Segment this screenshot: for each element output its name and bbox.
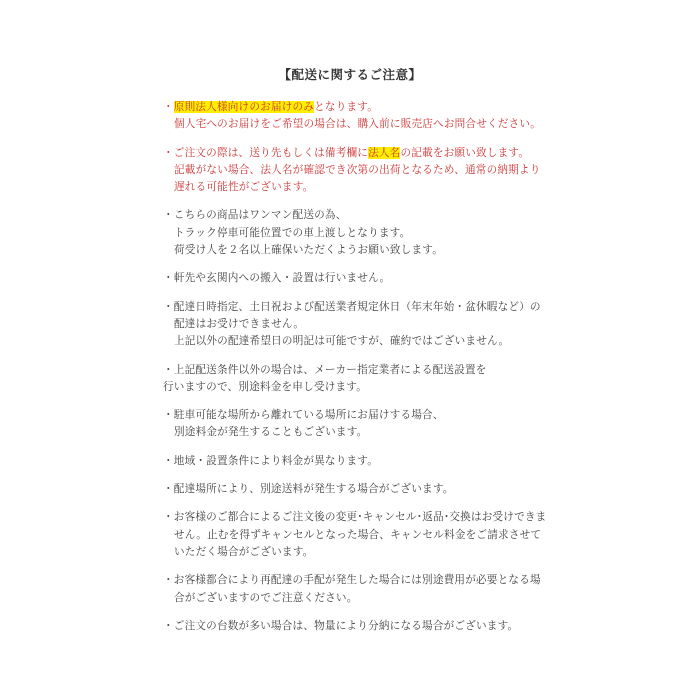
notice-text: ・お客様都合により再配達の手配が発生した場合には別途費用が必要となる場: [163, 574, 541, 586]
notice-item: ・配達日時指定、土日祝および配送業者規定休日（年末年始・盆休暇など）の配達はお受…: [163, 299, 560, 351]
notice-text: 遅れる可能性がございます。: [174, 181, 313, 193]
notice-text: ・配達場所により、別途送料が発生する場合がございます。: [163, 483, 454, 495]
notice-text: いただく場合がございます。: [174, 546, 313, 558]
notice-text: 個人宅へのお届けをご希望の場合は、購入前に販売店へお問合せください。: [174, 118, 541, 130]
notice-text: の記載をお願い致します。: [400, 147, 529, 159]
notice-text: ・ご注文の際は、送り先もしくは備考欄に: [163, 147, 368, 159]
notice-text: ・こちらの商品はワンマン配送の為、: [163, 209, 347, 221]
notice-item: ・ご注文の際は、送り先もしくは備考欄に法人名の記載をお願い致します。記載がない場…: [163, 145, 560, 197]
highlighted-text: 原則法人様向けのお届けのみ: [174, 101, 314, 113]
notice-text: ・駐車可能な場所から離れている場所にお届けする場合、: [163, 409, 444, 421]
notice-text: 別途料金が発生することもございます。: [174, 426, 367, 438]
notice-item: ・駐車可能な場所から離れている場所にお届けする場合、別途料金が発生することもござ…: [163, 407, 560, 442]
notice-text: ・軒先や玄関内への搬入・設置は行いません。: [163, 272, 390, 284]
notice-item: ・こちらの商品はワンマン配送の為、トラック停車可能位置での車上渡しとなります。荷…: [163, 207, 560, 259]
notice-text: ・ご注文の台数が多い場合は、物量により分納になる場合がございます。: [163, 620, 518, 632]
notice-item: ・上記配送条件以外の場合は、メーカー指定業者による配送設置を行いますので、別途料…: [163, 362, 560, 397]
notice-text: ・: [163, 101, 174, 113]
notice-text: となります。: [314, 101, 378, 113]
notice-text: せん。止むを得ずキャンセルとなった場合、キャンセル料金をご請求させて: [174, 529, 541, 541]
notice-text: ・上記配送条件以外の場合は、メーカー指定業者による配送設置を: [163, 364, 487, 376]
notice-text: ・お客様のご都合によるご注文後の変更･キャンセル･返品･交換はお受けできま: [163, 511, 546, 523]
notice-text: ・地域・設置条件により料金が異なります。: [163, 455, 378, 467]
notice-item: ・ご注文の台数が多い場合は、物量により分納になる場合がございます。: [163, 618, 560, 635]
notice-item: ・地域・設置条件により料金が異なります。: [163, 453, 560, 470]
notice-text: トラック停車可能位置での車上渡しとなります。: [174, 227, 410, 239]
shipping-notice-page: 【配送に関するご注意】 ・原則法人様向けのお届けのみとなります。個人宅へのお届け…: [0, 0, 700, 700]
notice-list: ・原則法人様向けのお届けのみとなります。個人宅へのお届けをご希望の場合は、購入前…: [163, 99, 560, 635]
notice-item: ・原則法人様向けのお届けのみとなります。個人宅へのお届けをご希望の場合は、購入前…: [163, 99, 560, 134]
notice-item: ・配達場所により、別途送料が発生する場合がございます。: [163, 481, 560, 498]
notice-item: ・お客様のご都合によるご注文後の変更･キャンセル･返品･交換はお受けできません。…: [163, 509, 560, 561]
notice-text: 記載がない場合、法人名が確認でき次第の出荷となるため、通常の納期より: [174, 164, 541, 176]
highlighted-text: 法人名: [368, 147, 400, 159]
notice-text: 合がございますのでご注意ください。: [174, 592, 358, 604]
notice-item: ・お客様都合により再配達の手配が発生した場合には別途費用が必要となる場合がござい…: [163, 572, 560, 607]
page-title: 【配送に関するご注意】: [0, 0, 700, 99]
notice-item: ・軒先や玄関内への搬入・設置は行いません。: [163, 270, 560, 287]
notice-text: 荷受け人を２名以上確保いただくようお願い致します。: [174, 244, 443, 256]
notice-text: 上記以外の配達希望日の明記は可能ですが、確約ではございません。: [174, 335, 509, 347]
notice-text: ・配達日時指定、土日祝および配送業者規定休日（年末年始・盆休暇など）の: [163, 301, 541, 313]
notice-text: 配達はお受けできません。: [174, 318, 304, 330]
notice-text: 行いますので、別途料金を申し受けます。: [163, 381, 367, 393]
